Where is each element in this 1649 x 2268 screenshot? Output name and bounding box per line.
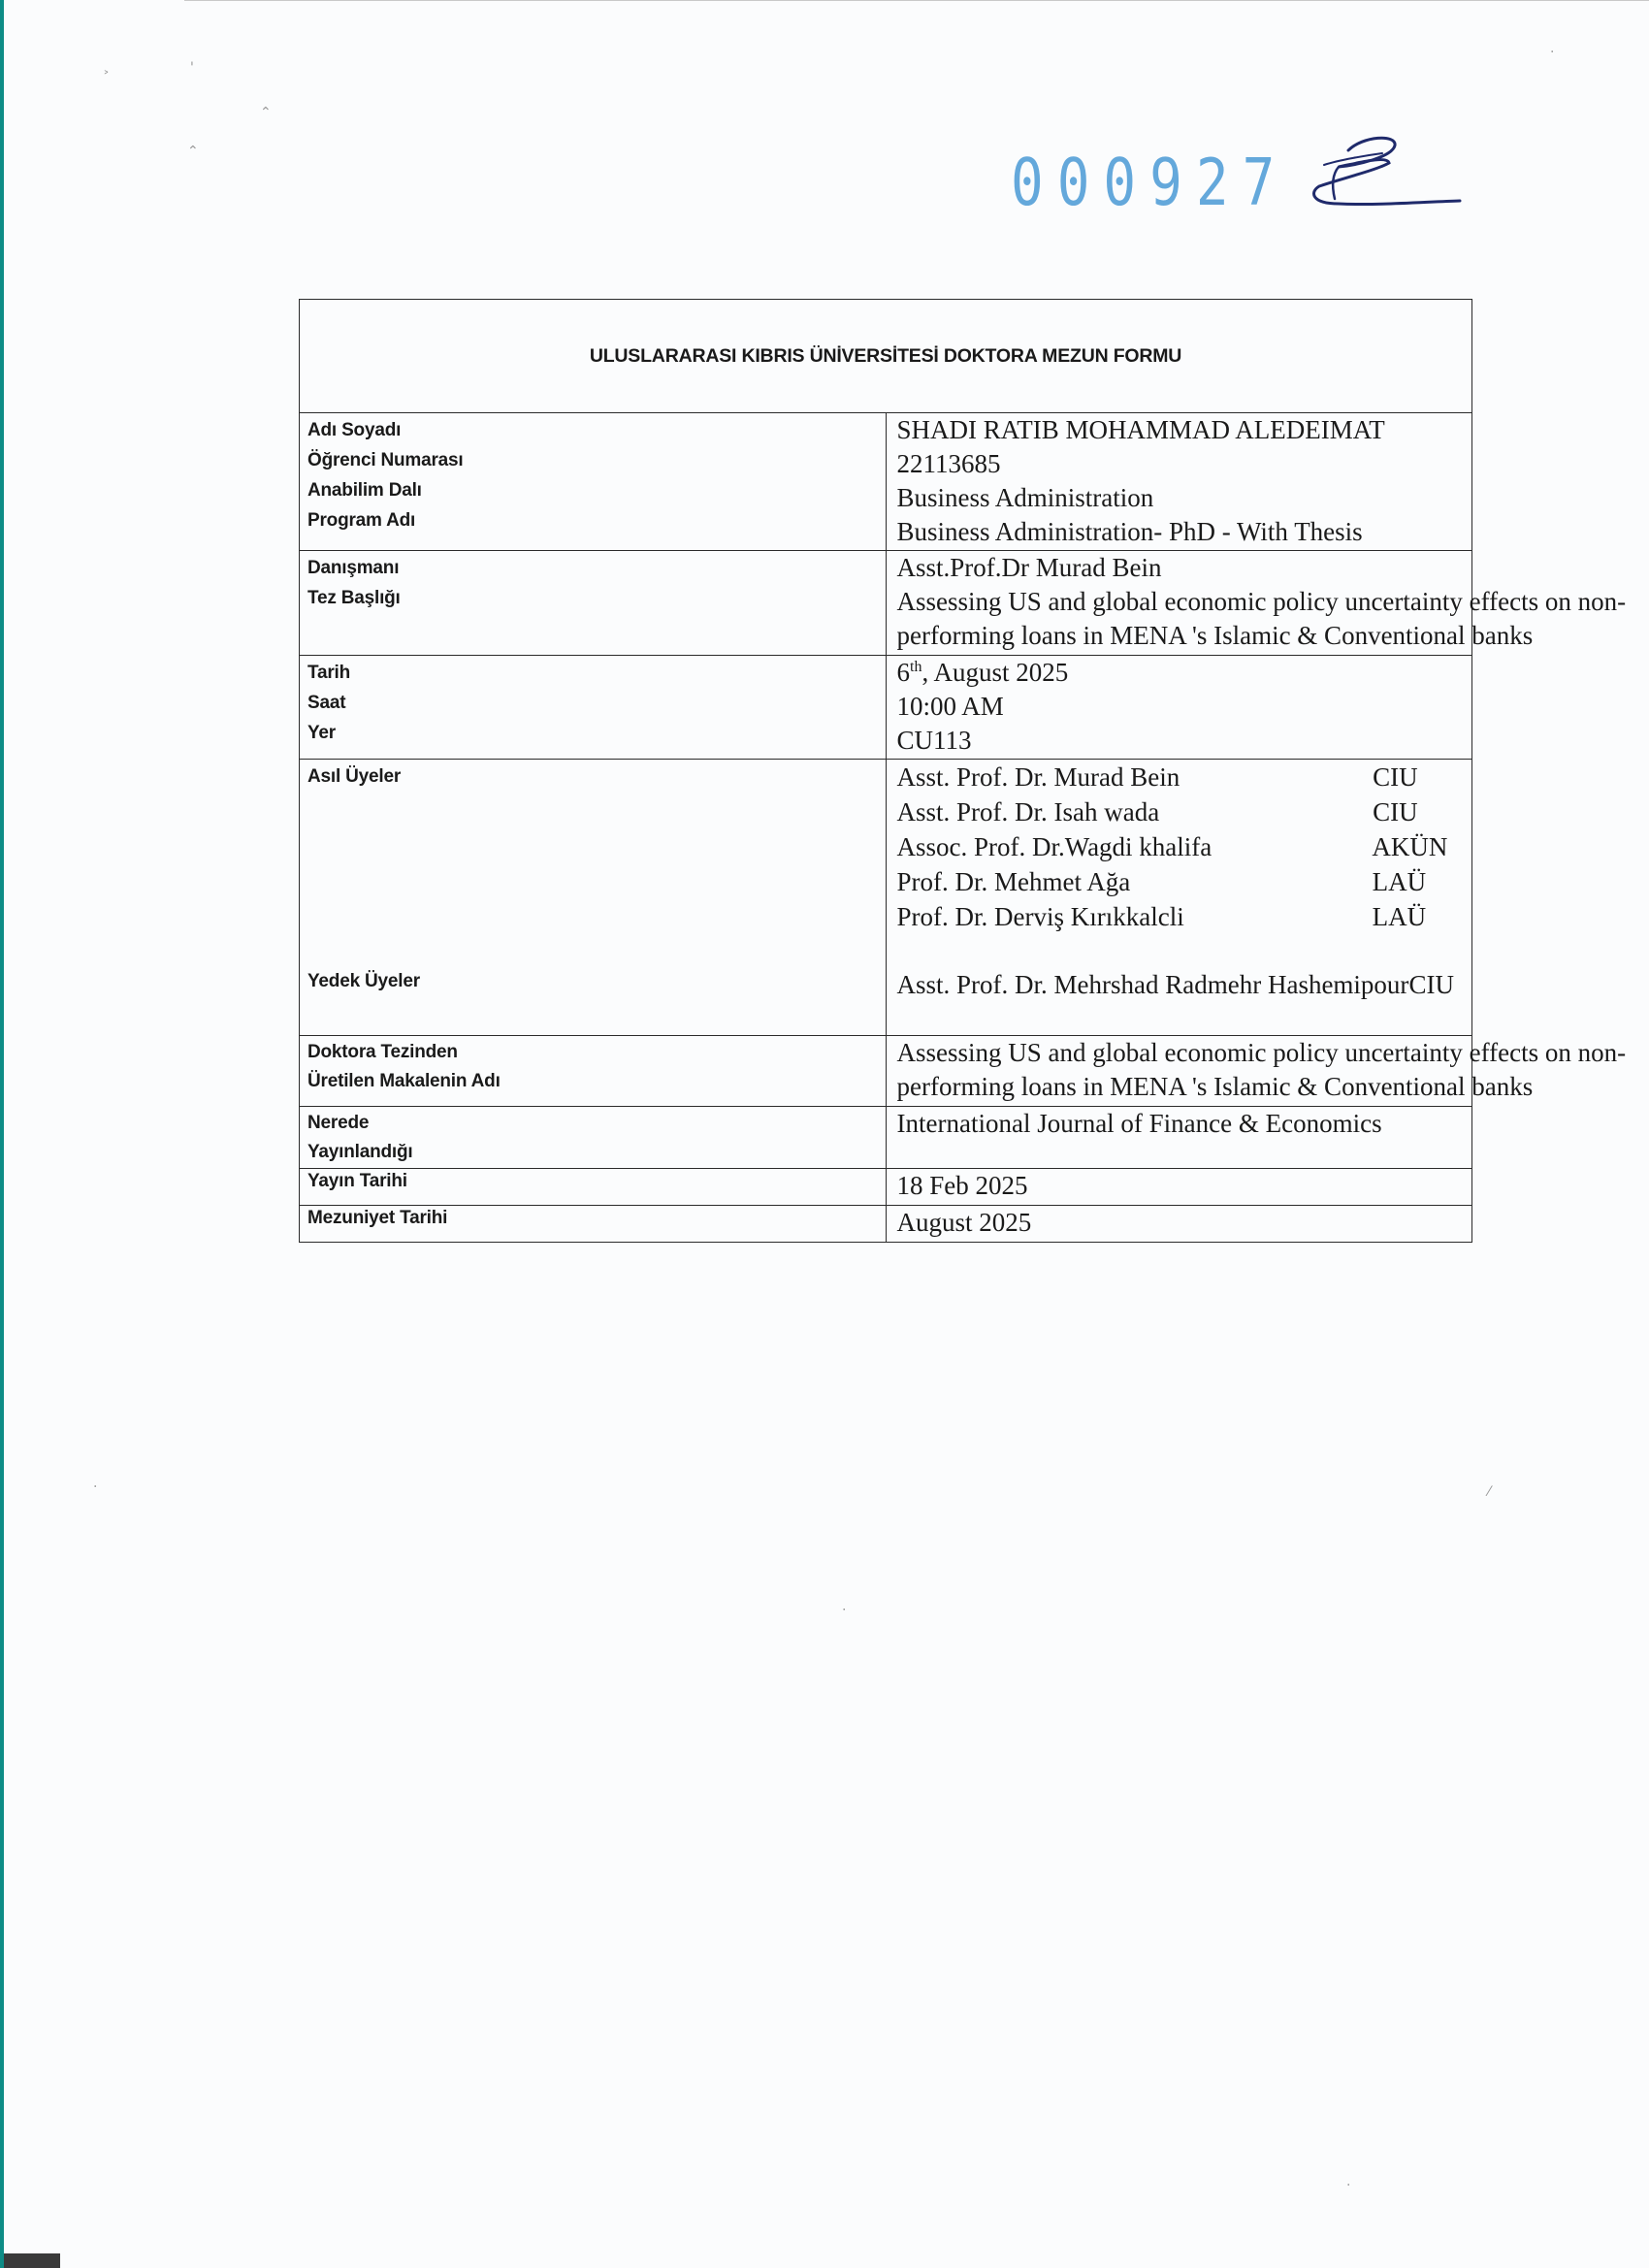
- scan-speck: ·: [1550, 45, 1554, 60]
- label-graduation-date: Mezuniyet Tarihi: [300, 1206, 887, 1243]
- member-name: Asst. Prof. Dr. Murad Bein: [897, 760, 1374, 794]
- doctoral-graduate-form: ULUSLARARASI KIBRIS ÜNİVERSİTESİ DOKTORA…: [299, 299, 1472, 1243]
- member-name: Asst. Prof. Dr. Isah wada: [897, 794, 1374, 829]
- student-values: SHADI RATIB MOHAMMAD ALEDEIMAT 22113685 …: [886, 413, 1472, 551]
- article-labels: Doktora Tezinden Üretilen Makalenin Adı: [300, 1036, 887, 1107]
- member-name: Assoc. Prof. Dr.Wagdi khalifa: [897, 829, 1373, 864]
- table-row-publication-date: Yayın Tarihi 18 Feb 2025: [300, 1169, 1472, 1206]
- scan-speck: ⁄: [1488, 1484, 1490, 1500]
- committee-member: Assoc. Prof. Dr.Wagdi khalifa AKÜN: [897, 829, 1463, 864]
- member-institution: AKÜN: [1372, 829, 1462, 864]
- student-number: 22113685: [897, 447, 1463, 481]
- scan-speck: ·: [842, 1603, 846, 1618]
- member-institution: CIU: [1408, 967, 1462, 1002]
- committee-labels: Asıl Üyeler Yedek Üyeler: [300, 760, 887, 1036]
- member-name: Prof. Dr. Mehmet Ağa: [897, 864, 1373, 899]
- label-time: Saat: [307, 688, 878, 718]
- article-title-line-2: performing loans in MENA 's Islamic & Co…: [897, 1070, 1463, 1104]
- label-thesis-title: Tez Başlığı: [307, 583, 878, 613]
- thesis-labels: Danışmanı Tez Başlığı: [300, 551, 887, 656]
- graduation-date-value: August 2025: [886, 1206, 1472, 1243]
- registry-stamp-number: 000927: [1011, 146, 1288, 221]
- label-date: Tarih: [307, 658, 878, 688]
- publication-date-value: 18 Feb 2025: [886, 1169, 1472, 1206]
- student-department: Business Administration: [897, 481, 1463, 515]
- defense-date: 6th, August 2025: [897, 656, 1463, 690]
- label-student-number: Öğrenci Numarası: [307, 445, 878, 475]
- thesis-values: Asst.Prof.Dr Murad Bein Assessing US and…: [886, 551, 1472, 656]
- table-row-thesis: Danışmanı Tez Başlığı Asst.Prof.Dr Murad…: [300, 551, 1472, 656]
- member-institution: CIU: [1373, 760, 1462, 794]
- committee-member: Asst. Prof. Dr. Murad Bein CIU: [897, 760, 1463, 794]
- member-name: Asst. Prof. Dr. Mehrshad Radmehr Hashemi…: [897, 967, 1409, 1002]
- published-in-labels: Nerede Yayınlandığı: [300, 1107, 887, 1169]
- label-publication-date: Yayın Tarihi: [300, 1169, 887, 1206]
- committee-member: Asst. Prof. Dr. Isah wada CIU: [897, 794, 1463, 829]
- label-program: Program Adı: [307, 505, 878, 535]
- label-place: Yer: [307, 718, 878, 748]
- label-published-in-2: Yayınlandığı: [307, 1138, 878, 1167]
- committee-member: Prof. Dr. Derviş Kırıkkalcli LAÜ: [897, 899, 1463, 934]
- published-in-value: International Journal of Finance & Econo…: [886, 1107, 1472, 1169]
- student-labels: Adı Soyadı Öğrenci Numarası Anabilim Dal…: [300, 413, 887, 551]
- signature-icon: [1280, 126, 1465, 213]
- table-row-committee: Asıl Üyeler Yedek Üyeler Asst. Prof. Dr.…: [300, 760, 1472, 1036]
- defense-labels: Tarih Saat Yer: [300, 656, 887, 760]
- label-article-1: Doktora Tezinden: [307, 1038, 878, 1067]
- advisor-name: Asst.Prof.Dr Murad Bein: [897, 551, 1463, 585]
- table-row-student: Adı Soyadı Öğrenci Numarası Anabilim Dal…: [300, 413, 1472, 551]
- thesis-title-line-2: performing loans in MENA 's Islamic & Co…: [897, 619, 1463, 653]
- substitute-member: Asst. Prof. Dr. Mehrshad Radmehr Hashemi…: [897, 967, 1463, 1002]
- label-department: Anabilim Dalı: [307, 475, 878, 505]
- defense-date-day: 6: [897, 658, 911, 687]
- scan-edge-left: [0, 0, 4, 2268]
- article-title-line-1: Assessing US and global economic policy …: [897, 1036, 1463, 1070]
- label-name: Adı Soyadı: [307, 415, 878, 445]
- scan-edge-top: [184, 0, 1649, 1]
- student-name: SHADI RATIB MOHAMMAD ALEDEIMAT: [897, 413, 1463, 447]
- defense-place: CU113: [897, 724, 1463, 758]
- form-title: ULUSLARARASI KIBRIS ÜNİVERSİTESİ DOKTORA…: [300, 300, 1472, 413]
- table-row-article: Doktora Tezinden Üretilen Makalenin Adı …: [300, 1036, 1472, 1107]
- committee-values: Asst. Prof. Dr. Murad Bein CIU Asst. Pro…: [886, 760, 1472, 1036]
- defense-date-rest: , August 2025: [921, 658, 1068, 687]
- defense-date-suffix: th: [910, 659, 921, 675]
- label-article-2: Üretilen Makalenin Adı: [307, 1067, 878, 1096]
- label-advisor: Danışmanı: [307, 553, 878, 583]
- scan-speck: ·: [1346, 2178, 1350, 2193]
- article-values: Assessing US and global economic policy …: [886, 1036, 1472, 1107]
- scan-speck: ': [190, 60, 194, 76]
- table-row-published-in: Nerede Yayınlandığı International Journa…: [300, 1107, 1472, 1169]
- scan-speck: ⌃: [187, 144, 199, 159]
- committee-member: Prof. Dr. Mehmet Ağa LAÜ: [897, 864, 1463, 899]
- member-name: Prof. Dr. Derviş Kırıkkalcli: [897, 899, 1373, 934]
- defense-time: 10:00 AM: [897, 690, 1463, 724]
- scan-edge-strip: [4, 2253, 60, 2268]
- table-row-graduation-date: Mezuniyet Tarihi August 2025: [300, 1206, 1472, 1243]
- scan-speck: ⌃: [260, 105, 272, 120]
- scan-speck: ·: [93, 1479, 97, 1495]
- label-substitute-members: Yedek Üyeler: [307, 966, 878, 996]
- label-published-in-1: Nerede: [307, 1109, 878, 1138]
- table-row-defense: Tarih Saat Yer 6th, August 2025 10:00 AM…: [300, 656, 1472, 760]
- member-institution: CIU: [1373, 794, 1462, 829]
- defense-values: 6th, August 2025 10:00 AM CU113: [886, 656, 1472, 760]
- student-program: Business Administration- PhD - With Thes…: [897, 515, 1463, 549]
- thesis-title-line-1: Assessing US and global economic policy …: [897, 585, 1463, 619]
- member-institution: LAÜ: [1373, 899, 1462, 934]
- scan-speck: ˃: [103, 70, 110, 85]
- label-main-members: Asıl Üyeler: [307, 761, 878, 792]
- member-institution: LAÜ: [1373, 864, 1462, 899]
